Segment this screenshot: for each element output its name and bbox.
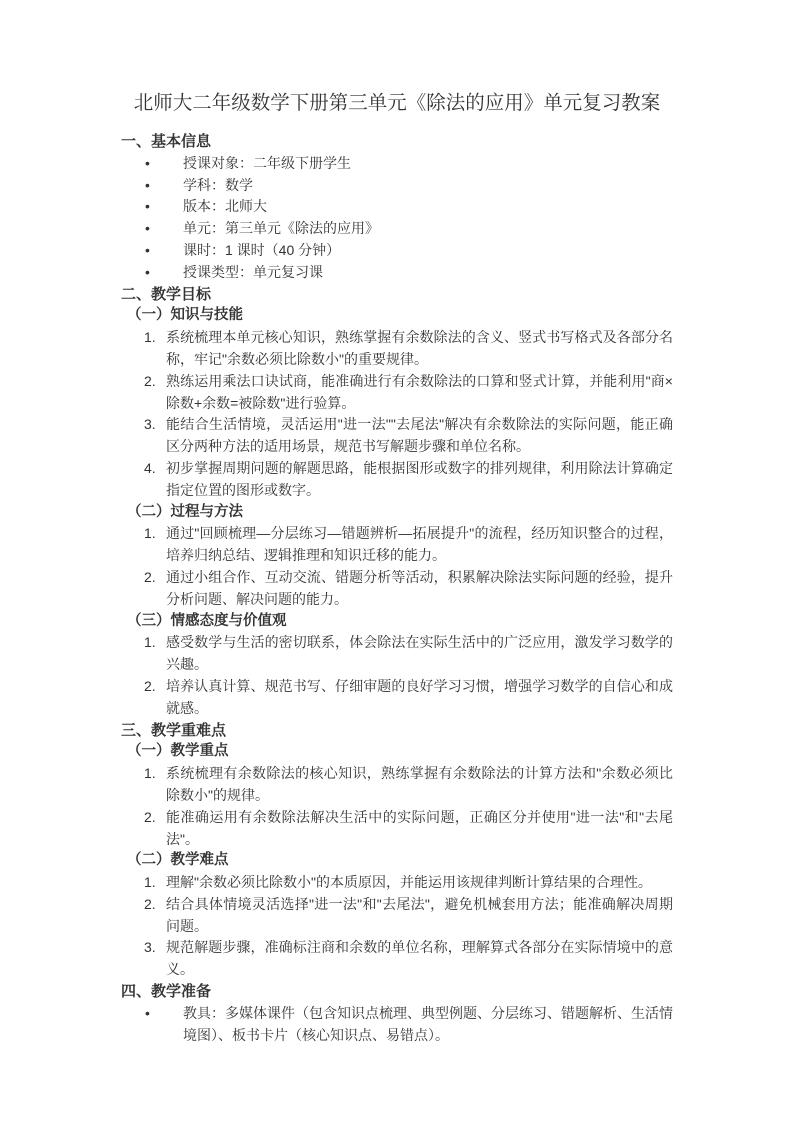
- section-heading-basic-info: 一、基本信息: [121, 131, 673, 153]
- numbered-item: 培养认真计算、规范书写、仔细审题的良好学习习惯，增强学习数学的自信心和成就感。: [166, 676, 673, 720]
- numbered-item: 熟练运用乘法口诀试商，能准确进行有余数除法的口算和竖式计算，并能利用"商×除数+…: [166, 371, 673, 415]
- attitude-values-list: 感受数学与生活的密切联系，体会除法在实际生活中的广泛应用，激发学习数学的兴趣。 …: [121, 632, 673, 719]
- subsection-teaching-focus: （一）教学重点: [121, 741, 673, 763]
- bullet-item: 授课类型：单元复习课: [183, 262, 673, 284]
- subsection-knowledge-skills: （一）知识与技能: [121, 305, 673, 327]
- document-title: 北师大二年级数学下册第三单元《除法的应用》单元复习教案: [121, 90, 673, 116]
- basic-info-list: 授课对象：二年级下册学生 学科：数学 版本：北师大 单元：第三单元《除法的应用》…: [121, 153, 673, 284]
- numbered-item: 能结合生活情境，灵活运用"进一法""去尾法"解决有余数除法的实际问题，能正确区分…: [166, 414, 673, 458]
- numbered-item: 通过小组合作、互动交流、错题分析等活动，积累解决除法实际问题的经验，提升分析问题…: [166, 567, 673, 611]
- section-teaching-objectives: 二、教学目标 （一）知识与技能 系统梳理本单元核心知识，熟练掌握有余数除法的含义…: [121, 284, 673, 720]
- section-heading-key-difficult-points: 三、教学重难点: [121, 720, 673, 742]
- section-heading-teaching-preparation: 四、教学准备: [121, 981, 673, 1003]
- process-methods-list: 通过"回顾梳理—分层练习—错题辨析—拓展提升"的流程，经历知识整合的过程，培养归…: [121, 523, 673, 610]
- subsection-teaching-difficulties: （二）教学难点: [121, 850, 673, 872]
- section-key-difficult-points: 三、教学重难点 （一）教学重点 系统梳理有余数除法的核心知识，熟练掌握有余数除法…: [121, 720, 673, 982]
- section-basic-info: 一、基本信息 授课对象：二年级下册学生 学科：数学 版本：北师大 单元：第三单元…: [121, 131, 673, 284]
- teaching-focus-list: 系统梳理有余数除法的核心知识，熟练掌握有余数除法的计算方法和"余数必须比除数小"…: [121, 763, 673, 850]
- numbered-item: 结合具体情境灵活选择"进一法"和"去尾法"，避免机械套用方法；能准确解决周期问题…: [166, 894, 673, 938]
- bullet-item: 版本：北师大: [183, 196, 673, 218]
- numbered-item: 系统梳理本单元核心知识，熟练掌握有余数除法的含义、竖式书写格式及各部分名称，牢记…: [166, 327, 673, 371]
- numbered-item: 通过"回顾梳理—分层练习—错题辨析—拓展提升"的流程，经历知识整合的过程，培养归…: [166, 523, 673, 567]
- numbered-item: 能准确运用有余数除法解决生活中的实际问题，正确区分并使用"进一法"和"去尾法"。: [166, 807, 673, 851]
- teaching-preparation-list: 教具：多媒体课件（包含知识点梳理、典型例题、分层练习、错题解析、生活情境图）、板…: [121, 1003, 673, 1047]
- teaching-difficulties-list: 理解"余数必须比除数小"的本质原因，并能运用该规律判断计算结果的合理性。 结合具…: [121, 872, 673, 981]
- bullet-item: 学科：数学: [183, 175, 673, 197]
- numbered-item: 理解"余数必须比除数小"的本质原因，并能运用该规律判断计算结果的合理性。: [166, 872, 673, 894]
- section-teaching-preparation: 四、教学准备 教具：多媒体课件（包含知识点梳理、典型例题、分层练习、错题解析、生…: [121, 981, 673, 1046]
- document-page: 北师大二年级数学下册第三单元《除法的应用》单元复习教案 一、基本信息 授课对象：…: [0, 0, 794, 1123]
- knowledge-skills-list: 系统梳理本单元核心知识，熟练掌握有余数除法的含义、竖式书写格式及各部分名称，牢记…: [121, 327, 673, 501]
- numbered-item: 感受数学与生活的密切联系，体会除法在实际生活中的广泛应用，激发学习数学的兴趣。: [166, 632, 673, 676]
- section-heading-teaching-objectives: 二、教学目标: [121, 284, 673, 306]
- numbered-item: 系统梳理有余数除法的核心知识，熟练掌握有余数除法的计算方法和"余数必须比除数小"…: [166, 763, 673, 807]
- subsection-process-methods: （二）过程与方法: [121, 502, 673, 524]
- bullet-item: 课时：1 课时（40 分钟）: [183, 240, 673, 262]
- bullet-item: 教具：多媒体课件（包含知识点梳理、典型例题、分层练习、错题解析、生活情境图）、板…: [183, 1003, 673, 1047]
- bullet-item: 单元：第三单元《除法的应用》: [183, 218, 673, 240]
- bullet-item: 授课对象：二年级下册学生: [183, 153, 673, 175]
- numbered-item: 初步掌握周期问题的解题思路，能根据图形或数字的排列规律，利用除法计算确定指定位置…: [166, 458, 673, 502]
- numbered-item: 规范解题步骤，准确标注商和余数的单位名称，理解算式各部分在实际情境中的意义。: [166, 937, 673, 981]
- subsection-attitude-values: （三）情感态度与价值观: [121, 611, 673, 633]
